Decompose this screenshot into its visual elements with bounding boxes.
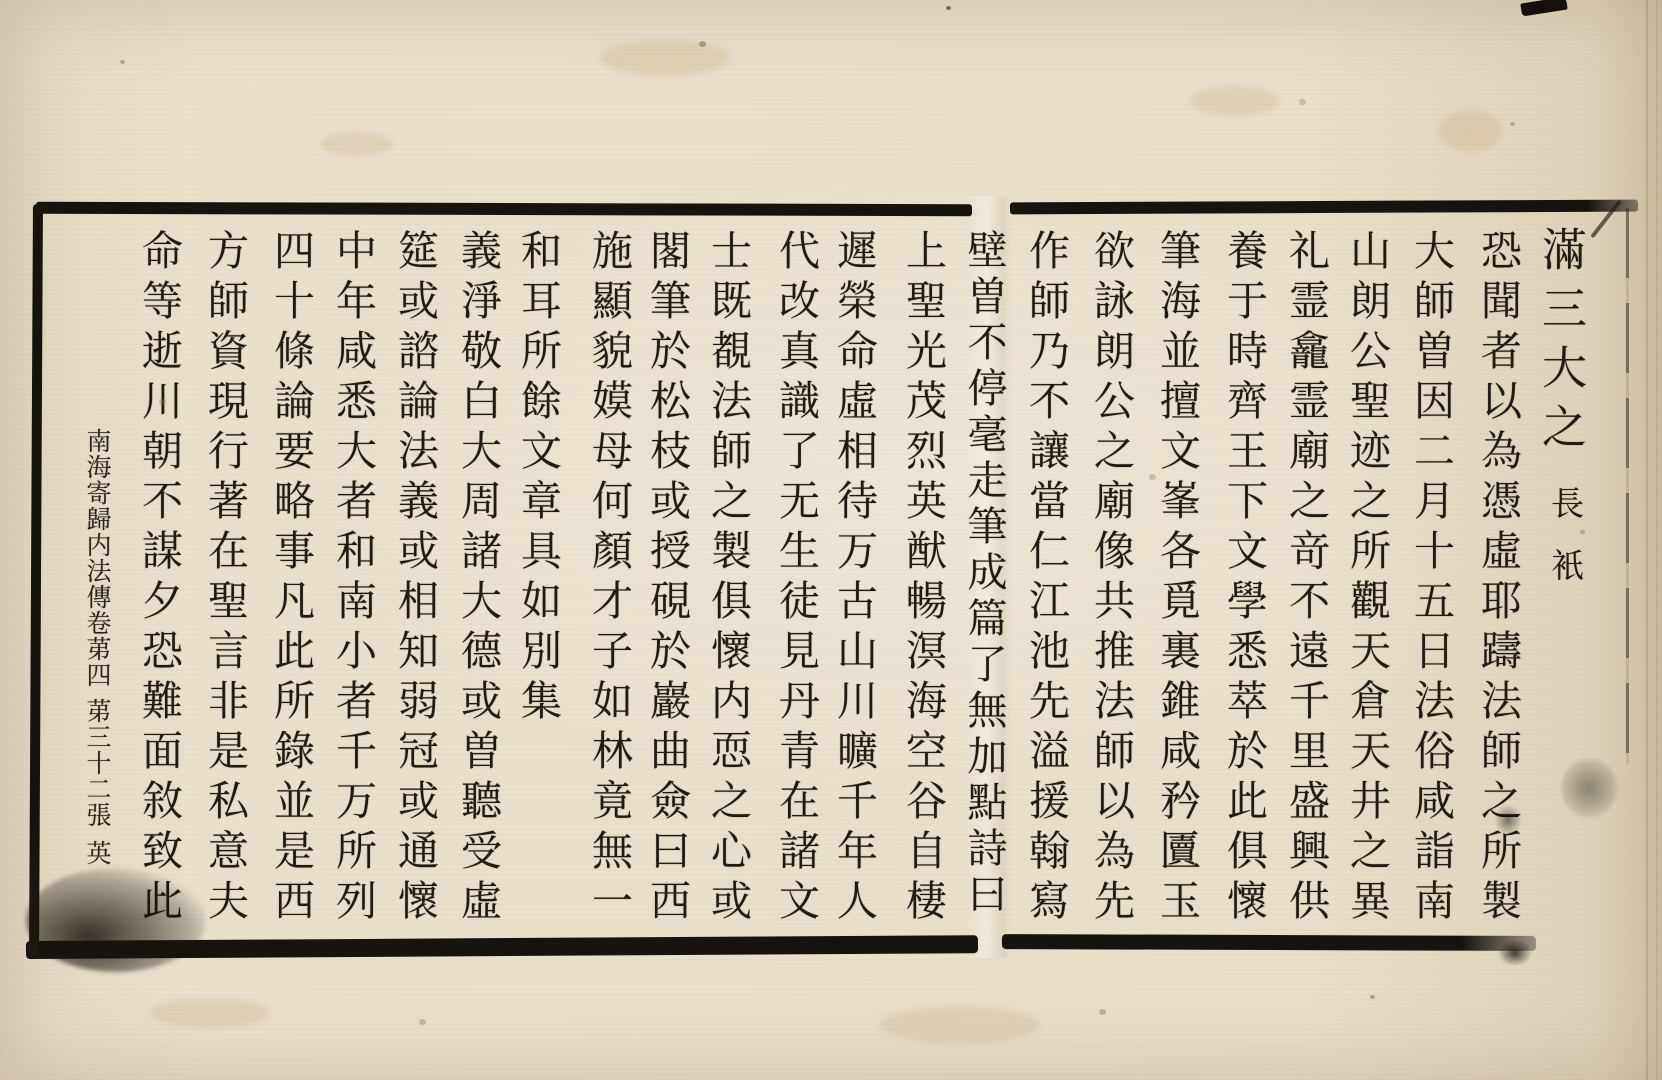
text-column: 代改真識了无生徒見丹青在諸文 bbox=[771, 229, 820, 929]
text-column: 山朗公聖迹之所觀天倉天井之異 bbox=[1342, 229, 1391, 929]
paper-stain bbox=[1438, 110, 1502, 152]
text-column: 四十條論要略事凡此所錄並是西 bbox=[266, 229, 315, 929]
text-column: 施顯貌嫫母何顏才子如林竟無一 bbox=[584, 229, 633, 929]
text-column: 中年咸悉大者和南小者千万所列 bbox=[328, 229, 377, 929]
text-column: 大師曽因二月十五日法俗咸詣南 bbox=[1406, 229, 1455, 929]
text-column: 筆海並擅文峯各覓裏錐咸矜匵玉 bbox=[1152, 229, 1201, 929]
paper-stain bbox=[600, 40, 730, 76]
text-column: 筵或諮論法義或相知弱冠或通懷 bbox=[390, 229, 439, 929]
frame-top-border-left bbox=[36, 202, 972, 216]
title-subtext: 長衹 bbox=[1546, 486, 1585, 610]
text-column: 礼霊龕霊廟之竒不遠千里盛興供 bbox=[1281, 229, 1330, 929]
fingerprint-smudge bbox=[1560, 758, 1618, 818]
text-column: 上聖光茂烈英猷暢溟海空谷自棲 bbox=[898, 229, 947, 929]
colophon-title: 南海寄歸内法傳卷苐四 bbox=[83, 428, 112, 688]
paper-stain bbox=[320, 132, 394, 156]
frame-bottom-border-left bbox=[26, 935, 978, 959]
text-column: 作師乃不讓當仁江池先溢援翰寫 bbox=[1021, 229, 1070, 929]
paper-crease bbox=[1656, 0, 1658, 1080]
paper-crease bbox=[1646, 0, 1648, 1080]
title-column: 滿三大之長衹 bbox=[1534, 226, 1586, 610]
manuscript-page: 滿三大之長衹 恐聞者以為憑虛耶躊法師之所製 大師曽因二月十五日法俗咸詣南 山朗公… bbox=[0, 0, 1662, 1080]
text-column: 方師資現行著在聖言非是私意夫 bbox=[200, 229, 249, 929]
text-column: 義淨敬白大周諸大德或曽聽受虛 bbox=[453, 229, 502, 929]
text-column: 和耳所餘文章具如別集 bbox=[513, 229, 562, 729]
paper-flecks bbox=[120, 60, 125, 64]
colophon-column: 南海寄歸内法傳卷苐四苐三十二張英 bbox=[80, 428, 114, 866]
text-column: 士既覩法師之製俱懷内恧之心或 bbox=[703, 229, 752, 929]
text-column: 壁曽不停毫走筆成篇了無加點詩曰 bbox=[959, 229, 1008, 919]
paper-stain bbox=[1190, 86, 1280, 116]
colophon-sheet-number: 苐三十二張 bbox=[83, 698, 112, 828]
frame-right-border bbox=[1626, 208, 1629, 764]
frame-left-border bbox=[29, 204, 43, 956]
frame-top-border-right bbox=[1010, 200, 1638, 215]
frame-bottom-border-right bbox=[1002, 934, 1536, 951]
text-column: 閣筆於松枝或授硯於巖曲僉曰西 bbox=[642, 229, 691, 929]
colophon-collator-mark: 英 bbox=[83, 840, 112, 866]
paper-stain bbox=[880, 1006, 1040, 1044]
text-column: 欲詠朗公之廟像共推法師以為先 bbox=[1086, 229, 1135, 929]
text-column: 命等逝川朝不謀夕恐難面敘致此 bbox=[134, 229, 183, 929]
ink-mark-top-edge bbox=[1520, 0, 1567, 17]
text-column: 恐聞者以為憑虛耶躊法師之所製 bbox=[1473, 229, 1522, 929]
paper-stain bbox=[150, 998, 270, 1028]
text-column: 遲榮命虛相待万古山川曠千年人 bbox=[829, 229, 878, 929]
title-text: 滿三大之 bbox=[1534, 226, 1587, 462]
text-column: 養于時齊王下文學悉萃於此俱懷 bbox=[1219, 229, 1268, 929]
